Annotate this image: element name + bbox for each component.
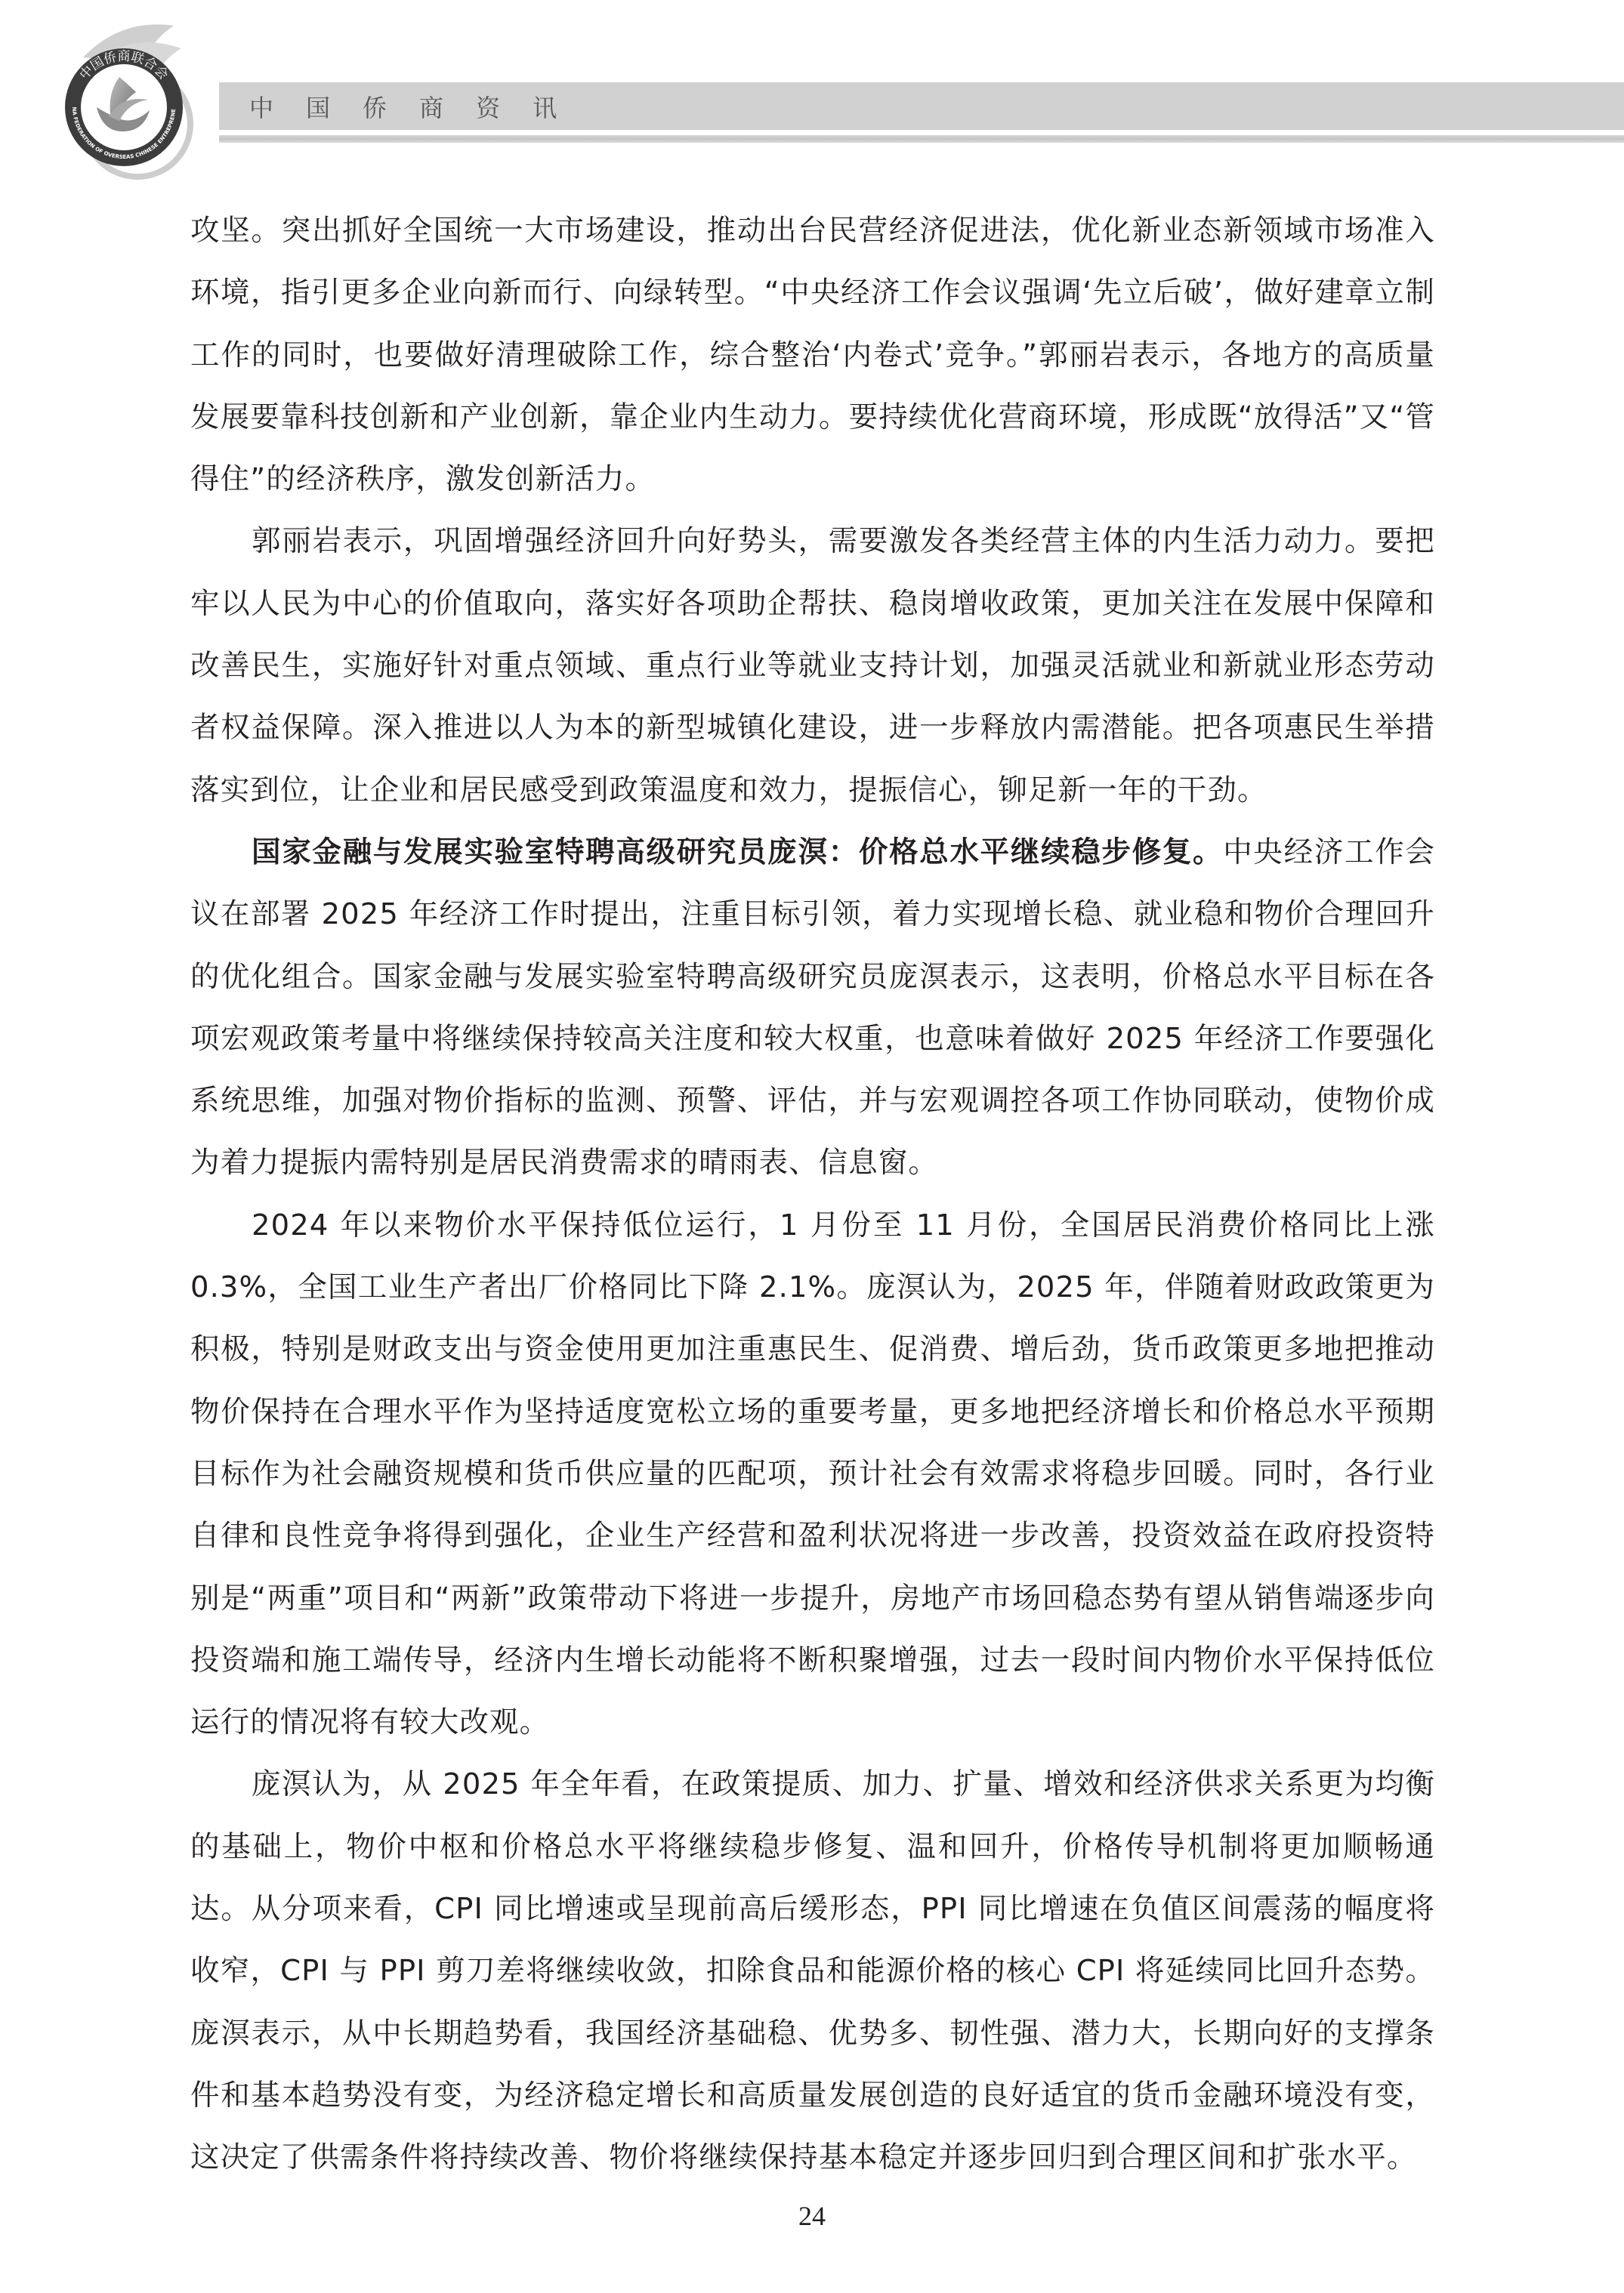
paragraph: 2024 年以来物价水平保持低位运行，1 月份至 11 月份，全国居民消费价格同…: [190, 1195, 1435, 1754]
article-body: 攻坚。突出抓好全国统一大市场建设，推动出台民营经济促进法，优化新业态新领域市场准…: [190, 200, 1435, 2190]
paragraph-text: 中央经济工作会议在部署 2025 年经济工作时提出，注重目标引领，着力实现增长稳…: [190, 835, 1435, 1180]
header-rule-divider: [219, 135, 1624, 143]
publication-title: 中 国 侨 商 资 讯: [249, 88, 589, 125]
paragraph-text: 攻坚。突出抓好全国统一大市场建设，推动出台民营经济促进法，优化新业态新领域市场准…: [190, 214, 1435, 496]
paragraph: 庞溟认为，从 2025 年全年看，在政策提质、加力、扩量、增效和经济供求关系更为…: [190, 1754, 1435, 2189]
paragraph-text: 2024 年以来物价水平保持低位运行，1 月份至 11 月份，全国居民消费价格同…: [190, 1208, 1435, 1739]
publication-title-char: 讯: [533, 89, 557, 124]
page-number: 24: [0, 2200, 1624, 2232]
paragraph: 攻坚。突出抓好全国统一大市场建设，推动出台民营经济促进法，优化新业态新领域市场准…: [190, 200, 1435, 511]
page-header: 中 国 侨 商 资 讯 中国侨商联合会: [0, 0, 1624, 181]
publication-title-char: 资: [476, 89, 500, 124]
paragraph-text: 郭丽岩表示，巩固增强经济回升向好势头，需要激发各类经营主体的内生活力动力。要把牢…: [190, 524, 1435, 807]
organization-emblem-icon: 中国侨商联合会 CHINA FEDERATION OF OVERSEAS CHI…: [30, 11, 204, 184]
publication-title-char: 侨: [363, 89, 387, 124]
publication-title-char: 国: [306, 89, 330, 124]
publication-title-char: 中: [249, 89, 273, 124]
paragraph: 国家金融与发展实验室特聘高级研究员庞溟：价格总水平继续稳步修复。中央经济工作会议…: [190, 822, 1435, 1195]
paragraph: 郭丽岩表示，巩固增强经济回升向好势头，需要激发各类经营主体的内生活力动力。要把牢…: [190, 511, 1435, 821]
paragraph-text: 庞溟认为，从 2025 年全年看，在政策提质、加力、扩量、增效和经济供求关系更为…: [190, 1767, 1435, 2174]
paragraph-lead-heading: 国家金融与发展实验室特聘高级研究员庞溟：价格总水平继续稳步修复。: [252, 835, 1223, 869]
publication-title-char: 商: [419, 89, 443, 124]
